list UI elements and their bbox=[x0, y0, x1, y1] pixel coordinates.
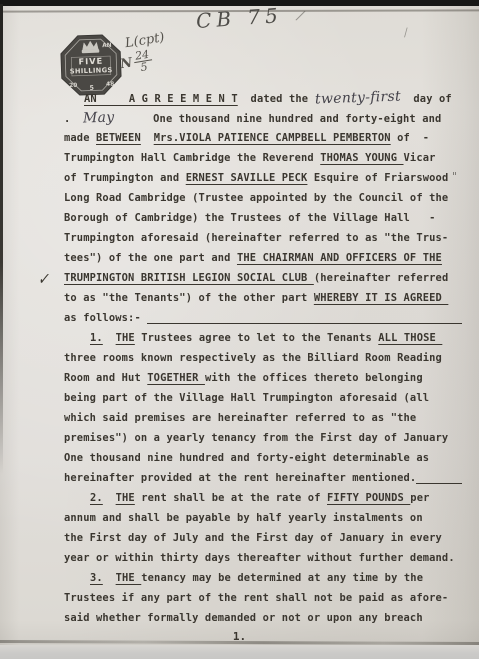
typed-text: ERNEST SAVILLE PECK bbox=[186, 168, 308, 188]
typed-text: Trustees if any part of the rent shall n… bbox=[64, 588, 448, 608]
typed-text: THE bbox=[116, 328, 135, 348]
document-line: being part of the Village Hall Trumpingt… bbox=[64, 388, 464, 408]
document-line: ✓TRUMPINGTON BRITISH LEGION SOCIAL CLUB … bbox=[64, 268, 464, 288]
typed-text: THE bbox=[116, 568, 142, 588]
typed-text: Room and Hut bbox=[64, 368, 147, 388]
stamp-corner-text: AN bbox=[102, 43, 112, 49]
typed-text: Trustees agree to let to the Tenants bbox=[135, 328, 378, 348]
document-line: made BETWEEN Mrs.VIOLA PATIENCE CAMPBELL… bbox=[64, 128, 464, 148]
typed-text: of Trumpington and bbox=[64, 168, 186, 188]
checkmark-annotation: ✓ bbox=[37, 266, 52, 291]
handwritten-text: May bbox=[83, 107, 115, 128]
typed-text: One thousand nine hundred and forty-eigh… bbox=[115, 109, 442, 129]
document-line: the First day of July and the First day … bbox=[64, 528, 464, 548]
typed-text: dated the bbox=[238, 89, 315, 109]
typed-text: year or within thirty days thereafter wi… bbox=[64, 548, 455, 568]
document-line: hereinafter provided at the rent hereina… bbox=[64, 468, 464, 488]
stamp-note-prefix: N bbox=[119, 56, 133, 71]
typed-text: made bbox=[64, 128, 96, 148]
document-line: Long Road Cambridge (Trustee appointed b… bbox=[64, 188, 464, 208]
typed-text: with the offices thereto belonging bbox=[205, 368, 423, 388]
typed-text: annum and shall be payable by half yearl… bbox=[64, 508, 423, 528]
typed-text: Mrs.VIOLA PATIENCE CAMPBELL PEMBERTON bbox=[154, 128, 391, 148]
stamp-date-right: 48 bbox=[106, 82, 114, 88]
typed-text: to as "the Tenants") of the other part bbox=[64, 288, 314, 308]
typed-text: rent shall be at the rate of bbox=[135, 488, 327, 508]
typed-text: TRUMPINGTON BRITISH LEGION SOCIAL CLUB bbox=[64, 268, 314, 288]
handwritten-reference-code: CB 75 bbox=[195, 3, 283, 33]
typed-text: FIFTY POUNDS bbox=[327, 488, 410, 508]
typed-text: of - bbox=[391, 128, 429, 148]
typed-text: THE CHAIRMAN AND OFFICERS OF THE bbox=[237, 248, 442, 268]
typed-text: THOMAS YOUNG bbox=[320, 148, 403, 168]
document-line: of Trumpington and ERNEST SAVILLE PECK E… bbox=[64, 168, 464, 188]
typed-text: Long Road Cambridge (Trustee appointed b… bbox=[64, 188, 448, 208]
typed-text: premises") on a yearly tenancy from the … bbox=[64, 428, 448, 448]
document-line: Trumpington Hall Cambridge the Reverend … bbox=[64, 148, 464, 168]
inked-rule bbox=[416, 483, 462, 484]
document-line: three rooms known respectively as the Bi… bbox=[64, 348, 464, 368]
photo-background bbox=[0, 645, 479, 659]
document-line: as follows:- bbox=[64, 308, 464, 328]
document-line: Room and Hut TOGETHER with the offices t… bbox=[64, 368, 464, 388]
typed-text: said whether formally demanded or not or… bbox=[64, 608, 423, 628]
typed-text: day of bbox=[401, 89, 452, 109]
typed-text: as follows:- bbox=[64, 308, 147, 328]
stamp-value-line2: SHILLINGS bbox=[70, 66, 113, 75]
typed-text: tenancy may be determined at any time by… bbox=[141, 568, 423, 588]
inked-rule bbox=[147, 323, 462, 324]
typed-text: per bbox=[410, 488, 429, 508]
typed-text: Trumpington aforesaid (hereinafter refer… bbox=[64, 228, 448, 248]
document-line: year or within thirty days thereafter wi… bbox=[64, 548, 464, 568]
document-line: 3. THE tenancy may be determined at any … bbox=[64, 568, 464, 588]
typed-text bbox=[103, 488, 116, 508]
document-line: Trumpington aforesaid (hereinafter refer… bbox=[64, 228, 464, 248]
paper-sheet: AN FIVE SHILLINGS 20 5 48 CB 75 L(cpt) N… bbox=[0, 0, 479, 646]
typed-text bbox=[141, 128, 154, 148]
typed-text: being part of the Village Hall Trumpingt… bbox=[64, 388, 429, 408]
typed-text: AN A G R E E M E N T bbox=[84, 89, 238, 109]
document-line: . May One thousand nine hundred and fort… bbox=[64, 108, 464, 128]
handwritten-stamp-note: L(cpt) N 24 5 bbox=[124, 31, 169, 75]
stray-pencil-mark: / bbox=[403, 26, 409, 39]
typed-text: Esquire of Friarswood bbox=[307, 168, 448, 188]
typed-text: 3. bbox=[90, 568, 103, 588]
document-line: said whether formally demanded or not or… bbox=[64, 608, 464, 628]
typed-text: (hereinafter referred bbox=[314, 268, 449, 288]
document-line: to as "the Tenants") of the other part W… bbox=[64, 288, 464, 308]
typed-text: the First day of July and the First day … bbox=[64, 528, 442, 548]
typed-text: 2. bbox=[90, 488, 103, 508]
document-line: tees") of the one part and THE CHAIRMAN … bbox=[64, 248, 464, 268]
typed-text: Vicar bbox=[404, 148, 436, 168]
typed-text: which said premises are hereinafter refe… bbox=[64, 408, 416, 428]
typed-text bbox=[103, 568, 116, 588]
typed-text: WHEREBY IT IS AGREED bbox=[314, 288, 449, 308]
typed-text bbox=[103, 328, 116, 348]
document-line: AN A G R E E M E N T dated the twenty-fi… bbox=[64, 88, 464, 108]
document-line: premises") on a yearly tenancy from the … bbox=[64, 428, 464, 448]
typed-text: THE bbox=[116, 488, 135, 508]
typed-text: . bbox=[64, 109, 83, 129]
paper-left-edge bbox=[0, 4, 3, 474]
typed-text: TOGETHER bbox=[147, 368, 205, 388]
fraction-denominator: 5 bbox=[140, 61, 149, 73]
typed-text: Borough of Cambridge) the Trustees of th… bbox=[64, 208, 436, 228]
typed-text: hereinafter provided at the rent hereina… bbox=[64, 468, 416, 488]
typed-text: BETWEEN bbox=[96, 128, 141, 148]
typed-text: tees") of the one part and bbox=[64, 248, 237, 268]
typed-text: three rooms known respectively as the Bi… bbox=[64, 348, 442, 368]
typed-text: Trumpington Hall Cambridge the Reverend bbox=[64, 148, 320, 168]
document-line: One thousand nine hundred and forty-eigh… bbox=[64, 448, 464, 468]
document-line: 1. THE Trustees agree to let to the Tena… bbox=[64, 328, 464, 348]
document-line: which said premises are hereinafter refe… bbox=[64, 408, 464, 428]
typed-text: 1. bbox=[90, 328, 103, 348]
document-lines: AN A G R E E M E N T dated the twenty-fi… bbox=[64, 88, 464, 628]
stamp-note-fraction: 24 5 bbox=[132, 48, 154, 75]
typed-text: One thousand nine hundred and forty-eigh… bbox=[64, 448, 429, 468]
document-line: 2. THE rent shall be at the rate of FIFT… bbox=[64, 488, 464, 508]
document-line: Borough of Cambridge) the Trustees of th… bbox=[64, 208, 464, 228]
handwritten-text: twenty-first bbox=[314, 87, 401, 110]
document-line: Trustees if any part of the rent shall n… bbox=[64, 588, 464, 608]
document-photo: AN FIVE SHILLINGS 20 5 48 CB 75 L(cpt) N… bbox=[0, 0, 479, 659]
document-line: annum and shall be payable by half yearl… bbox=[64, 508, 464, 528]
typed-text: ALL THOSE bbox=[378, 328, 442, 348]
